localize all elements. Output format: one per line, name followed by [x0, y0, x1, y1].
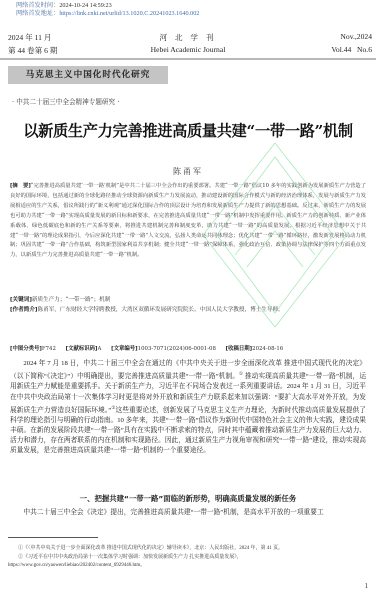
author-bio: [作者简介]陈甬军，广东财经大学特聘教授，大湾区双循环发展研究院院长，中国人民大…	[10, 305, 366, 313]
received-label: [收稿日期]	[226, 346, 253, 352]
header-rule	[0, 58, 376, 60]
section-column-label: 马克思主义中国化时代化研究	[8, 66, 168, 84]
abstract-label: [摘 要]	[10, 183, 31, 189]
subcolumn-label: · 中共二十届三中全会精神专题研究 ·	[12, 96, 119, 106]
clc-label: [中图分类号]	[10, 346, 42, 352]
volume-en: Vol.44 No.6	[331, 45, 372, 54]
keywords: [关键词]新质生产力；“一带一路”；机制	[10, 295, 366, 303]
classification-line: [中图分类号]F742 [文献标识码]A [文章编号]1003-7071(202…	[10, 344, 366, 352]
body-section-1: 中共二十届三中全会《决定》提出，完善推进高质量共建“一带一路”机制，是高水平开放…	[10, 508, 366, 518]
section-heading-1: 一、把握共建“一带一路”面临的新形势，明确高质量发展的新任务	[0, 493, 376, 504]
publish-url-link[interactable]: https://link.cnki.net/urlid/13.1020.C.20…	[59, 10, 199, 17]
abstract-text: “完善推进高质量共建‘一带一路’机制”是中共二十届三中全会作出的重要部署。共建“…	[10, 183, 366, 258]
article-no-label: [文章编号]	[111, 346, 138, 352]
author-bio-label: [作者简介]	[10, 307, 38, 313]
body-intro: 2024 年 7 月 18 日，中共二十届三中全会在通过的《中共中央关于进一步全…	[10, 359, 366, 456]
page-number: 1	[365, 582, 369, 590]
clc-item: [中图分类号]F742	[10, 346, 56, 352]
publish-url-label: 网络首发地址：	[16, 10, 59, 17]
footnote-1: ①《〈中共中央关于进一步全面深化改革 推进中国式现代化的决定〉辅导读本》，北京：…	[8, 545, 368, 554]
article-no-value: 1003-7071(2024)06-0001-08	[138, 346, 216, 352]
issue-date-en: Nov.,2024	[340, 32, 372, 41]
online-publication-meta: 网络首发时间：2024-10-24 14:59:23 网络首发地址：https:…	[16, 2, 199, 18]
body-paragraph: 2024 年 7 月 18 日，中共二十届三中全会在通过的《中共中央关于进一步全…	[10, 359, 366, 456]
received-value: 2024-08-16	[252, 346, 283, 352]
journal-header: 2024 年 11 月 河 北 学 刊 Nov.,2024 第 44 卷第 6 …	[4, 30, 372, 60]
footnotes: ①《〈中共中央关于进一步全面深化改革 推进中国式现代化的决定〉辅导读本》，北京：…	[8, 545, 368, 571]
footnote-rule	[8, 537, 98, 538]
publish-time: 2024-10-24 14:59:23	[59, 2, 111, 9]
publish-time-label: 网络首发时间：	[16, 2, 59, 9]
keywords-text: 新质生产力；“一带一路”；机制	[32, 297, 110, 303]
article-author: 陈甬军	[0, 166, 376, 177]
doc-code-value: A	[98, 346, 102, 352]
abstract: [摘 要]“完善推进高质量共建‘一带一路’机制”是中共二十届三中全会作出的重要部…	[10, 182, 366, 261]
footnote-2: ②《习近平在中共中央政治局第十一次集体学习时强调：加快发展新质生产力 扎实推进高…	[8, 554, 368, 571]
publish-time-line: 网络首发时间：2024-10-24 14:59:23	[16, 2, 199, 10]
article-no-item: [文章编号]1003-7071(2024)06-0001-08	[111, 346, 216, 352]
author-bio-text: 陈甬军，广东财经大学特聘教授，大湾区双循环发展研究院院长，中国人民大学教授，博士…	[38, 307, 284, 313]
received-item: [收稿日期]2024-08-16	[226, 346, 284, 352]
doc-code-item: [文献标识码]A	[66, 346, 102, 352]
clc-value: F742	[42, 346, 56, 352]
journal-page: 网络首发时间：2024-10-24 14:59:23 网络首发地址：https:…	[0, 0, 376, 599]
article-title: 以新质生产力完善推进高质量共建“一带一路”机制	[0, 120, 376, 141]
keywords-label: [关键词]	[10, 297, 32, 303]
publish-url-line: 网络首发地址：https://link.cnki.net/urlid/13.10…	[16, 10, 199, 18]
journal-name-en: Hebei Academic Journal	[4, 45, 372, 54]
doc-code-label: [文献标识码]	[66, 346, 98, 352]
journal-name-cn: 河 北 学 刊	[4, 32, 372, 43]
body-paragraph: 中共二十届三中全会《决定》提出，完善推进高质量共建“一带一路”机制，是高水平开放…	[10, 508, 366, 518]
